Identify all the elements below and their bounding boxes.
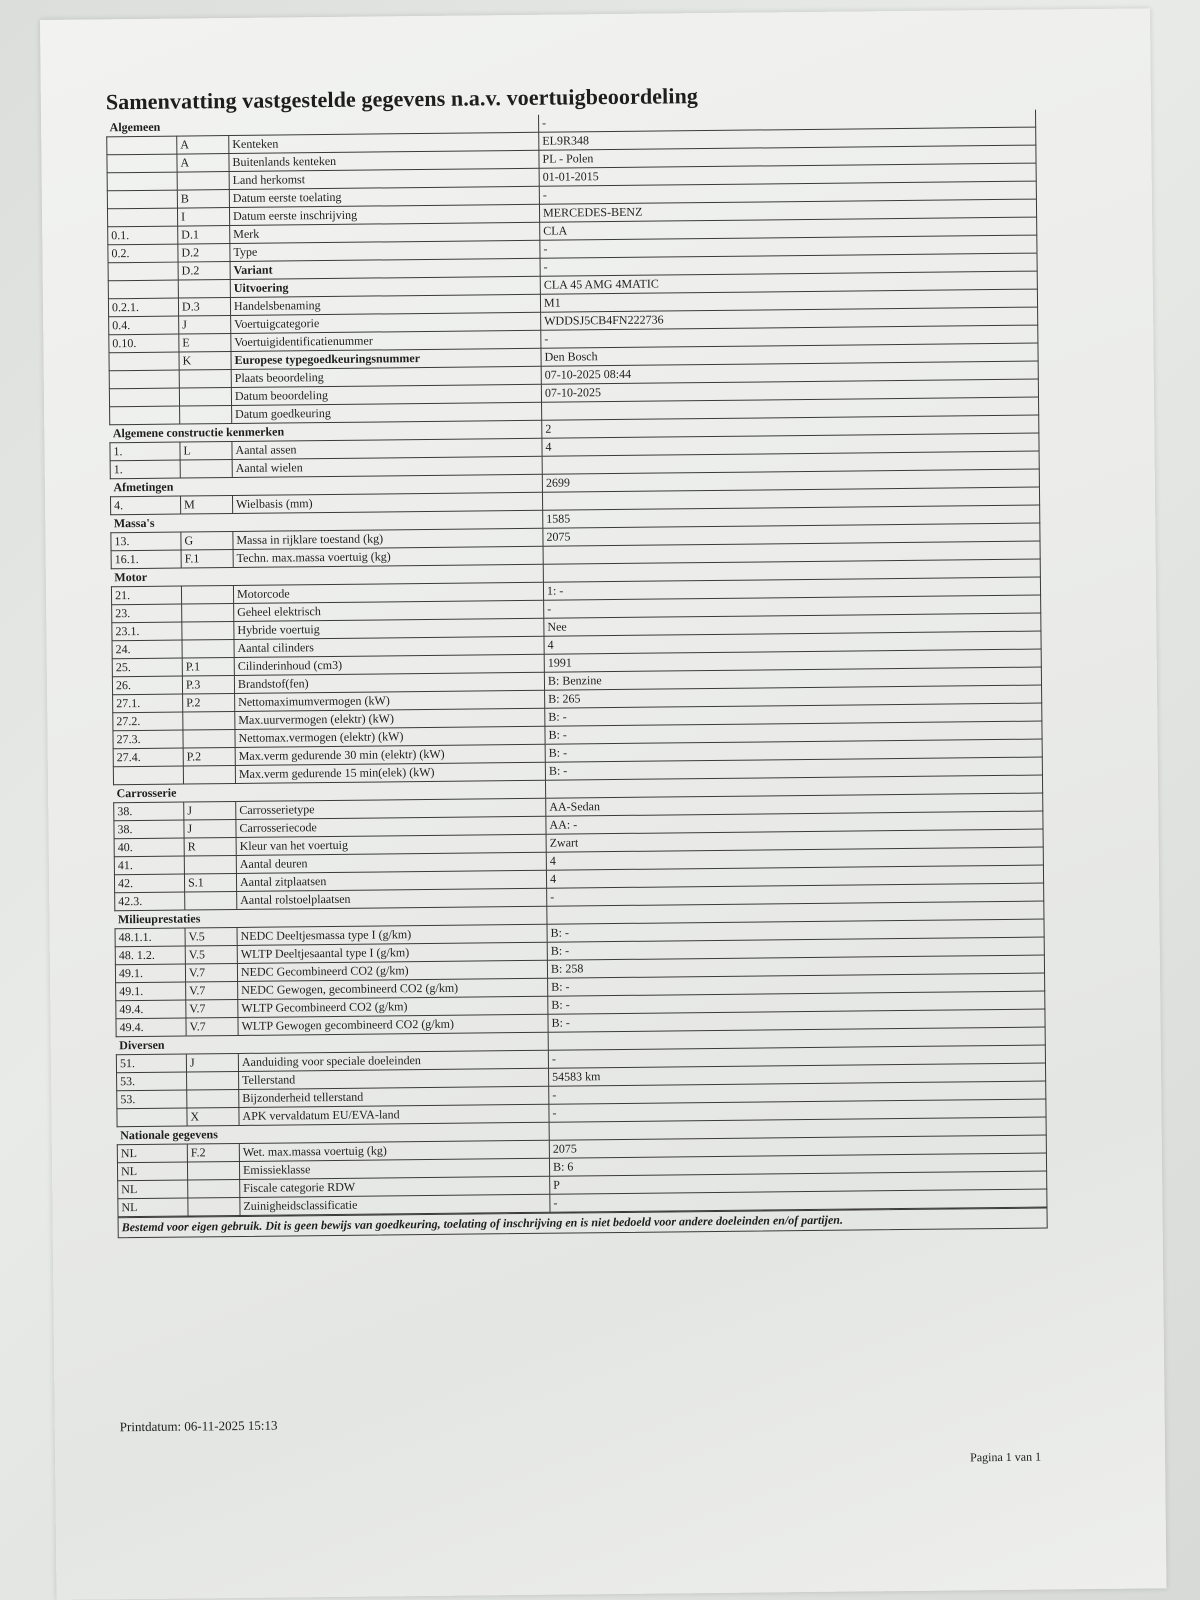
field-ref: P.2 — [183, 693, 235, 712]
vehicle-assessment-summary: Samenvatting vastgestelde gegevens n.a.v… — [106, 80, 1048, 1239]
field-ref: V.7 — [186, 1017, 238, 1036]
field-code: 49.1. — [115, 964, 185, 983]
field-ref: V.7 — [186, 981, 238, 1000]
field-code — [107, 190, 177, 209]
field-ref: P.1 — [182, 658, 234, 677]
field-ref: V.7 — [185, 963, 237, 982]
field-code: 0.4. — [109, 316, 179, 335]
field-code: 48. 1.2. — [115, 946, 185, 965]
field-ref: V.5 — [185, 945, 237, 964]
field-code: 23. — [112, 604, 182, 623]
field-ref: P.3 — [182, 676, 234, 695]
field-ref: J — [184, 819, 236, 838]
field-code — [107, 172, 177, 191]
document-title: Samenvatting vastgestelde gegevens n.a.v… — [106, 80, 1036, 116]
field-code: 40. — [114, 838, 184, 857]
field-ref — [183, 729, 235, 748]
field-code — [109, 388, 179, 407]
field-ref: D.2 — [178, 262, 230, 281]
field-code: 49.1. — [116, 982, 186, 1001]
field-code: 24. — [112, 640, 182, 659]
field-ref: X — [187, 1107, 239, 1126]
section-diversen: Diversen51.JAanduiding voor speciale doe… — [116, 1028, 1047, 1128]
field-ref: A — [177, 154, 229, 173]
section-massa-s: Massa's158513.GMassa in rijklare toestan… — [110, 506, 1041, 570]
field-ref — [179, 388, 231, 407]
section-nationale-gegevens: Nationale gegevensNLF.2Wet. max.massa vo… — [117, 1118, 1048, 1218]
field-code: NL — [117, 1162, 187, 1181]
field-code: 21. — [111, 586, 181, 605]
field-code: 42.3. — [115, 892, 185, 911]
field-code: 27.3. — [113, 730, 183, 749]
field-code: 13. — [111, 532, 181, 551]
field-ref — [180, 406, 232, 425]
section-motor: Motor21.Motorcode1: -23.Geheel elektrisc… — [111, 560, 1043, 786]
field-code: NL — [118, 1198, 188, 1217]
field-code: 42. — [114, 874, 184, 893]
field-code — [108, 262, 178, 281]
field-ref: P.2 — [183, 747, 235, 766]
field-code: 38. — [114, 820, 184, 839]
field-code: 0.2.1. — [108, 298, 178, 317]
field-ref — [182, 640, 234, 659]
field-code: 49.4. — [116, 1018, 186, 1037]
field-ref — [187, 1161, 239, 1180]
field-code — [107, 208, 177, 227]
field-code: 0.2. — [108, 244, 178, 263]
section-milieuprestaties: Milieuprestaties48.1.1.V.5NEDC Deeltjesm… — [114, 902, 1045, 1038]
field-ref: J — [186, 1053, 238, 1072]
field-ref — [188, 1179, 240, 1198]
field-code — [109, 352, 179, 371]
sections-container: Algemeen-AKentekenEL9R348ABuitenlands ke… — [106, 110, 1047, 1218]
field-code: 4. — [110, 496, 180, 515]
field-code: 26. — [112, 676, 182, 695]
field-ref — [178, 280, 230, 299]
field-ref — [179, 370, 231, 389]
field-ref — [183, 765, 235, 784]
field-ref: J — [184, 801, 236, 820]
field-code: 49.4. — [116, 1000, 186, 1019]
field-ref — [182, 604, 234, 623]
field-ref — [188, 1197, 240, 1216]
field-code — [110, 406, 180, 425]
field-code: 1. — [110, 460, 180, 479]
field-code: 1. — [110, 442, 180, 461]
field-ref: R — [184, 837, 236, 856]
field-ref — [182, 622, 234, 641]
field-code: 25. — [112, 658, 182, 677]
field-code — [117, 1108, 187, 1127]
field-code: 53. — [117, 1090, 187, 1109]
field-ref: V.5 — [185, 927, 237, 946]
field-ref — [184, 855, 236, 874]
field-code — [107, 154, 177, 173]
field-ref: M — [180, 496, 232, 515]
field-ref: F.2 — [187, 1143, 239, 1162]
page-number: Pagina 1 van 1 — [970, 1450, 1041, 1466]
field-ref: D.3 — [178, 298, 230, 317]
section-algemeen: Algemeen-AKentekenEL9R348ABuitenlands ke… — [106, 110, 1039, 426]
field-ref: K — [179, 352, 231, 371]
field-ref — [187, 1071, 239, 1090]
field-code: 48.1.1. — [115, 928, 185, 947]
paper-sheet: Samenvatting vastgestelde gegevens n.a.v… — [40, 8, 1166, 1600]
field-ref — [185, 891, 237, 910]
field-code: 27.2. — [113, 712, 183, 731]
print-date: Printdatum: 06-11-2025 15:13 — [120, 1418, 278, 1436]
field-code — [108, 280, 178, 299]
field-code: 41. — [114, 856, 184, 875]
field-ref — [177, 172, 229, 191]
field-code: 16.1. — [111, 550, 181, 569]
field-ref: E — [179, 334, 231, 353]
field-ref: B — [177, 190, 229, 209]
field-ref: G — [181, 532, 233, 551]
field-code: 27.4. — [113, 748, 183, 767]
field-ref: I — [177, 208, 229, 227]
field-code: 51. — [116, 1054, 186, 1073]
field-ref: S.1 — [184, 873, 236, 892]
field-ref — [187, 1089, 239, 1108]
field-code: 53. — [117, 1072, 187, 1091]
field-ref: D.1 — [178, 226, 230, 245]
field-ref: V.7 — [186, 999, 238, 1018]
field-code: NL — [117, 1144, 187, 1163]
field-code: 38. — [114, 802, 184, 821]
field-code: 27.1. — [113, 694, 183, 713]
section-algemene-constructie-kenmerken: Algemene constructie kenmerken21.LAantal… — [109, 416, 1040, 480]
field-ref — [180, 460, 232, 479]
field-code — [109, 370, 179, 389]
field-ref: A — [177, 136, 229, 155]
field-code: 23.1. — [112, 622, 182, 641]
field-ref: J — [179, 316, 231, 335]
field-ref: F.1 — [181, 550, 233, 569]
field-code — [113, 766, 183, 785]
field-code: 0.10. — [109, 334, 179, 353]
field-code: 0.1. — [108, 226, 178, 245]
field-code — [107, 136, 177, 155]
field-ref: L — [180, 442, 232, 461]
field-code: NL — [118, 1180, 188, 1199]
field-ref — [181, 586, 233, 605]
field-ref: D.2 — [178, 244, 230, 263]
section-carrosserie: Carrosserie38.JCarrosserietypeAA-Sedan38… — [113, 776, 1044, 912]
field-ref — [183, 711, 235, 730]
